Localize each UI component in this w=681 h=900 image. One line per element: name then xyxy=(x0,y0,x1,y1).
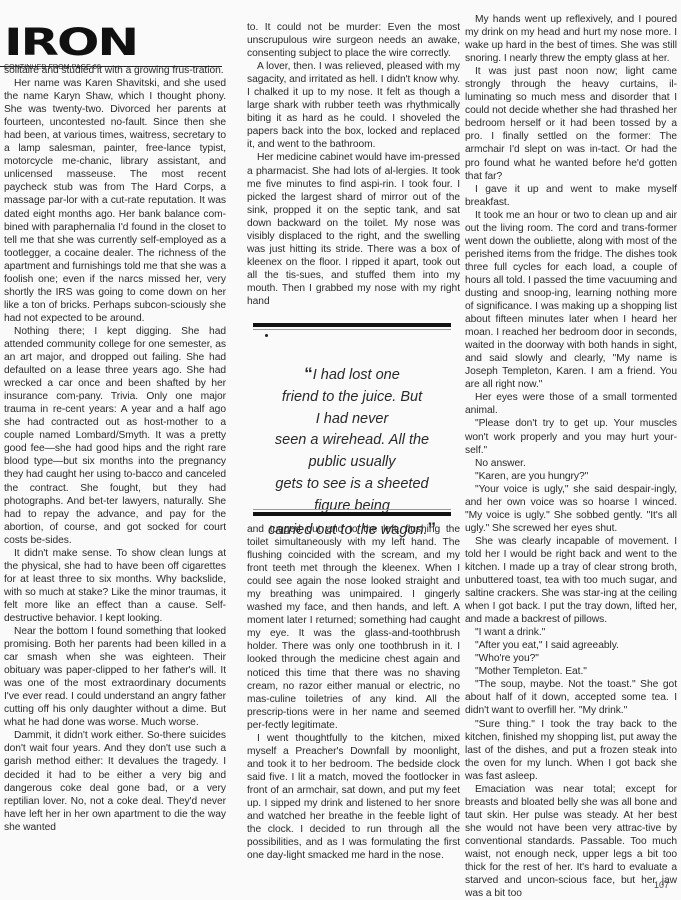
paragraph: "Karen, are you hungry?" xyxy=(465,470,677,483)
paragraph: She was clearly incapable of movement. I… xyxy=(465,535,677,626)
paragraph: "Your voice is ugly," she said despair-i… xyxy=(465,483,677,535)
open-quote-icon: “ xyxy=(304,364,313,383)
story-title-logo: IRON xyxy=(4,29,137,57)
paragraph: "Please don't try to get up. Your muscle… xyxy=(465,417,677,456)
paragraph: Her medicine cabinet would have im-press… xyxy=(247,151,460,308)
magazine-page: IRON CONTINUED FROM PAGE 68 solitaire an… xyxy=(0,0,681,900)
paragraph: It didn't make sense. To show clean lung… xyxy=(4,547,226,625)
paragraph: "The soup, maybe. Not the toast." She go… xyxy=(465,678,677,717)
pull-quote-line: “I had lost one xyxy=(253,363,451,387)
paragraph: Emaciation was near total; except for br… xyxy=(465,783,677,900)
paragraph: No answer. xyxy=(465,457,677,470)
page-number: 107 xyxy=(654,880,669,890)
paragraph: solitaire and studied it with a growing … xyxy=(4,64,226,77)
paragraph: A lover, then. I was relieved, pleased w… xyxy=(247,60,460,151)
paragraph: to. It could not be murder: Even the mos… xyxy=(247,21,460,60)
paragraph: Her eyes were those of a small tormented… xyxy=(465,391,677,417)
column-2-top: to. It could not be murder: Even the mos… xyxy=(247,21,460,308)
paragraph: Near the bottom I found something that l… xyxy=(4,625,226,729)
pull-quote-line: seen a wirehead. All the xyxy=(253,430,451,452)
paragraph: I went thoughtfully to the kitchen, mixe… xyxy=(247,732,460,862)
paragraph: My hands went up reflexively, and I pour… xyxy=(465,13,677,65)
pull-quote-bottom-thin-rule xyxy=(253,509,451,510)
column-3: My hands went up reflexively, and I pour… xyxy=(465,13,677,900)
paragraph: Nothing there; I kept digging. She had a… xyxy=(4,325,226,547)
pull-quote-top-rule xyxy=(253,323,451,327)
pull-quote-line: public usually xyxy=(253,452,451,474)
column-2-bottom: and tugged out and to the left, flushing… xyxy=(247,523,460,862)
pull-quote-top-thin-rule xyxy=(253,329,451,330)
paragraph: and tugged out and to the left, flushing… xyxy=(247,523,460,732)
paragraph: "Sure thing." I took the tray back to th… xyxy=(465,718,677,783)
pull-quote-line: gets to see is a sheeted xyxy=(253,474,451,496)
paragraph: "After you eat," I said agreeably. xyxy=(465,639,677,652)
paragraph: "Mother Templeton. Eat." xyxy=(465,665,677,678)
pull-quote-line: friend to the juice. But xyxy=(253,387,451,409)
pull-quote-bottom-rule xyxy=(253,512,451,516)
bullet-dot xyxy=(265,334,268,337)
paragraph: "I want a drink." xyxy=(465,626,677,639)
paragraph: "Who're you?" xyxy=(465,652,677,665)
paragraph: I gave it up and went to make myself bre… xyxy=(465,183,677,209)
paragraph: Her name was Karen Shavitski, and she us… xyxy=(4,77,226,325)
paragraph: Dammit, it didn't work either. So-there … xyxy=(4,729,226,833)
paragraph: It was just past noon now; light came st… xyxy=(465,65,677,182)
paragraph: It took me an hour or two to clean up an… xyxy=(465,209,677,392)
column-1: solitaire and studied it with a growing … xyxy=(4,64,226,834)
pull-quote: “I had lost one friend to the juice. But… xyxy=(253,323,451,518)
pull-quote-line: I had never xyxy=(253,409,451,431)
